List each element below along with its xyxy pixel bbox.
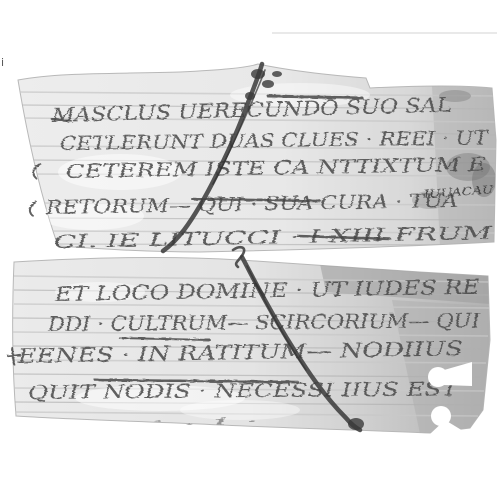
- tablet-photograph: i: [0, 0, 500, 500]
- upper-tablet-fragment: MASCLUS UERECUNDO SUO SAL CETLERUNT DUAS…: [18, 64, 497, 253]
- lower-text-line-2: DDI · CULTRUM— SCIRCORIUM— QUI: [47, 308, 481, 336]
- lower-tablet-fragment: ET LOCO DOMINE · UT IUDES RE DDI · CULTR…: [8, 247, 490, 434]
- margin-mark: i: [1, 56, 4, 69]
- photo-canvas: i: [0, 0, 500, 500]
- lower-text-bottom-marks: · . i ·: [150, 415, 260, 428]
